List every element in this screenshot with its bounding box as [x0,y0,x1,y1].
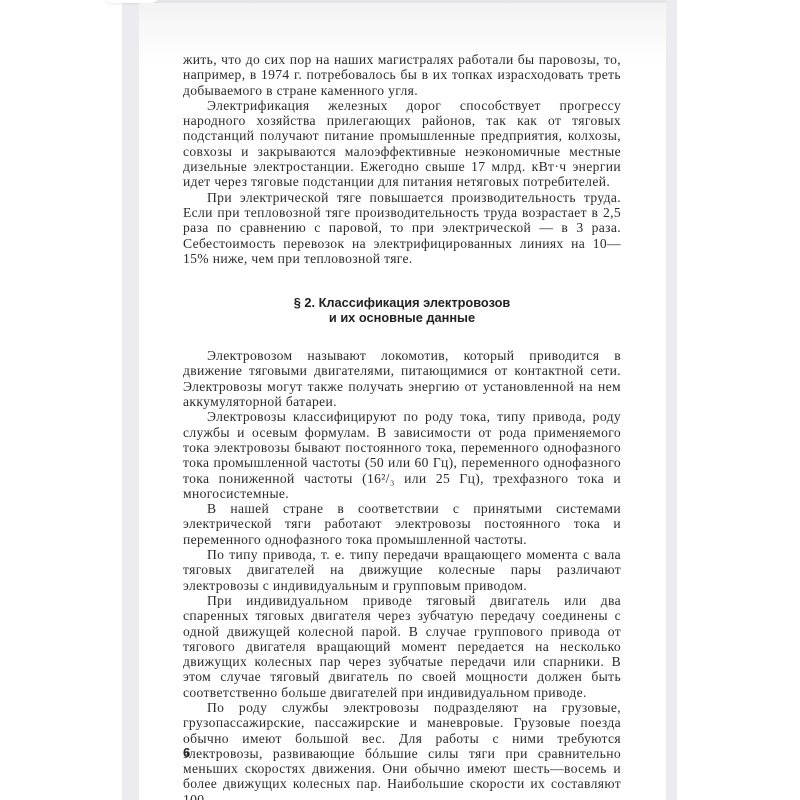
paragraph-electrification: Электрификация железных дорог способству… [183,98,621,190]
paragraph-service-type: По роду службы электровозы подразделяют … [183,700,621,800]
spacer [183,325,621,348]
section-heading-line1: § 2. Классификация электровозов [183,295,621,310]
section-heading: § 2. Классификация электровозов и их осн… [183,295,621,325]
paragraph-individual-drive: При индивидуальном приводе тяговый двига… [183,593,621,700]
page-text: жить, что до сих пор на наших магистраля… [183,52,621,800]
viewer-right-margin [666,0,677,800]
paragraph-drive-type: По типу привода, т. е. типу передачи вра… [183,547,621,593]
paragraph-continued: жить, что до сих пор на наших магистраля… [183,52,621,98]
paragraph-country-systems: В нашей стране в соответствии с принятым… [183,501,621,547]
viewer-left-margin [122,0,139,800]
paragraph-definition: Электровозом называют локомотив, который… [183,348,621,409]
section-heading-line2: и их основные данные [183,310,621,325]
paragraph-classification: Электровозы классифицируют по роду тока,… [183,409,621,501]
paragraph-productivity: При электрической тяге повышается произв… [183,190,621,266]
page-number: 6 [183,745,190,760]
